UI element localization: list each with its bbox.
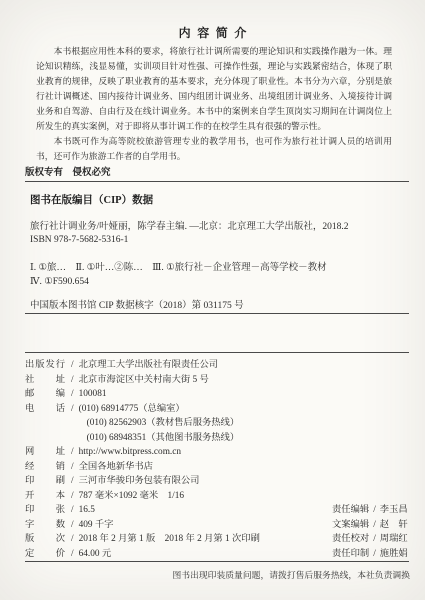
row-label: 邮编 bbox=[25, 387, 65, 402]
separator-slash: / bbox=[71, 534, 74, 544]
publishing-row-printer: 印刷/三河市华骏印务包装有限公司 bbox=[25, 474, 409, 489]
quality-problem-notice: 图书出现印装质量问题，请拨打售后服务热线，本社负责调换 bbox=[172, 568, 410, 581]
row-value: 北京市海淀区中关村南大街 5 号 bbox=[79, 375, 209, 385]
cip-classification-line-2: Ⅳ. ①F590.654 bbox=[30, 276, 407, 287]
staff-credit-copy-editor: 文案编辑/赵 轩 bbox=[332, 518, 408, 533]
copyright-notice: 版权专有 侵权必究 bbox=[25, 164, 111, 178]
staff-role: 文案编辑 bbox=[332, 520, 369, 530]
separator-slash: / bbox=[71, 549, 74, 559]
publishing-row-edition: 版次/2018 年 2 月第 1 版 2018 年 2 月第 1 次印刷 责任校… bbox=[25, 532, 409, 547]
content-summary-title: 内容简介 bbox=[0, 24, 425, 41]
cip-section-title: 图书在版编目（CIP）数据 bbox=[30, 192, 153, 207]
staff-name: 施胜娟 bbox=[380, 549, 408, 559]
row-value: 787 毫米×1092 毫米 1/16 bbox=[79, 491, 184, 501]
publishing-row-publisher: 出版发行/北京理工大学出版社有限责任公司 bbox=[25, 358, 409, 373]
row-value: (010) 82562903（教材售后服务热线） bbox=[87, 418, 240, 428]
staff-role: 责任印制 bbox=[332, 549, 369, 559]
content-summary-paragraph-1: 本书根据应用性本科的要求，将旅行社计调所需要的理论知识和实践操作融为一体。理论知… bbox=[36, 44, 392, 134]
cip-classification-line-1: Ⅰ. ①旅… Ⅱ. ①叶…②陈… Ⅲ. ①旅行社－企业管理－高等学校－教材 bbox=[30, 259, 407, 273]
row-label: 字数 bbox=[25, 518, 65, 533]
book-copyright-page: 内容简介 本书根据应用性本科的要求，将旅行社计调所需要的理论知识和实践操作融为一… bbox=[0, 0, 425, 600]
row-value: 全国各地新华书店 bbox=[79, 462, 153, 472]
row-label: 开本 bbox=[25, 489, 65, 504]
publishing-row-phone-2: /(010) 82562903（教材售后服务热线） bbox=[25, 416, 409, 431]
content-summary-body: 本书根据应用性本科的要求，将旅行社计调所需要的理论知识和实践操作融为一体。理论知… bbox=[36, 44, 392, 164]
separator-slash: / bbox=[71, 375, 74, 385]
row-value: 16.5 bbox=[79, 505, 95, 515]
row-label: 印刷 bbox=[25, 474, 65, 489]
row-value: (010) 68948351（其他图书服务热线） bbox=[87, 433, 240, 443]
publishing-row-postcode: 邮编/100081 bbox=[25, 387, 409, 402]
separator-slash: / bbox=[373, 505, 376, 515]
row-value: (010) 68914775（总编室） bbox=[79, 404, 185, 414]
divider-above-footer bbox=[25, 561, 409, 562]
staff-name: 赵 轩 bbox=[380, 520, 408, 530]
staff-credit-executive-editor: 责任编辑/李玉昌 bbox=[332, 503, 408, 518]
cip-registry-number: 中国版本图书馆 CIP 数据核字（2018）第 031175 号 bbox=[30, 297, 407, 311]
divider-under-cip-section bbox=[25, 313, 409, 314]
separator-slash: / bbox=[71, 505, 74, 515]
row-value: 100081 bbox=[79, 389, 107, 399]
row-value: 409 千字 bbox=[79, 520, 114, 530]
price-value: 64.00 元 bbox=[79, 549, 112, 559]
separator-slash: / bbox=[71, 520, 74, 530]
row-label: 社址 bbox=[25, 373, 65, 388]
staff-credit-proofreader: 责任校对/周瑞红 bbox=[332, 532, 408, 547]
row-label: 版次 bbox=[25, 532, 65, 547]
separator-slash: / bbox=[71, 462, 74, 472]
content-summary-paragraph-2: 本书既可作为高等院校旅游管理专业的教学用书，也可作为旅行社计调人员的培训用书，还… bbox=[36, 134, 392, 164]
publishing-row-phone-3: /(010) 68948351（其他图书服务热线） bbox=[25, 431, 409, 446]
separator-slash: / bbox=[71, 447, 74, 457]
staff-role: 责任编辑 bbox=[332, 505, 369, 515]
row-label: 出版发行 bbox=[25, 358, 65, 373]
staff-name: 周瑞红 bbox=[380, 534, 408, 544]
row-value: 2018 年 2 月第 1 版 2018 年 2 月第 1 次印刷 bbox=[79, 534, 260, 544]
publishing-row-website: 网址/http://www.bitpress.com.cn bbox=[25, 445, 409, 460]
divider-under-copyright-notice bbox=[25, 181, 409, 182]
separator-slash: / bbox=[71, 476, 74, 486]
publishing-row-price: 定价/64.00 元 责任印制/施胜娟 bbox=[25, 547, 409, 562]
publishing-row-address: 社址/北京市海淀区中关村南大街 5 号 bbox=[25, 373, 409, 388]
separator-slash: / bbox=[71, 404, 74, 414]
row-label: 经销 bbox=[25, 460, 65, 475]
staff-credit-print-supervisor: 责任印制/施胜娟 bbox=[332, 547, 408, 562]
row-label: 印张 bbox=[25, 503, 65, 518]
publishing-row-sheets: 印张/16.5 责任编辑/李玉昌 bbox=[25, 503, 409, 518]
staff-role: 责任校对 bbox=[332, 534, 369, 544]
row-value: 三河市华骏印务包装有限公司 bbox=[79, 476, 200, 486]
row-label: 网址 bbox=[25, 445, 65, 460]
row-label: 定价 bbox=[25, 547, 65, 562]
publishing-row-format: 开本/787 毫米×1092 毫米 1/16 bbox=[25, 489, 409, 504]
separator-slash: / bbox=[71, 360, 74, 370]
row-value: 北京理工大学出版社有限责任公司 bbox=[79, 360, 218, 370]
cip-book-entry: 旅行社计调业务/叶娅丽，陈学春主编. —北京：北京理工大学出版社，2018.2 bbox=[30, 218, 407, 232]
publishing-row-phone: 电话/(010) 68914775（总编室） bbox=[25, 402, 409, 417]
separator-slash: / bbox=[71, 389, 74, 399]
separator-slash: / bbox=[373, 549, 376, 559]
separator-slash: / bbox=[373, 534, 376, 544]
staff-name: 李玉昌 bbox=[380, 505, 408, 515]
separator-slash: / bbox=[373, 520, 376, 530]
publishing-row-wordcount: 字数/409 千字 文案编辑/赵 轩 bbox=[25, 518, 409, 533]
publishing-info-block: 出版发行/北京理工大学出版社有限责任公司 社址/北京市海淀区中关村南大街 5 号… bbox=[25, 358, 409, 561]
divider-above-publishing-info bbox=[25, 352, 409, 353]
isbn-number: ISBN 978-7-5682-5316-1 bbox=[30, 235, 407, 245]
website-url: http://www.bitpress.com.cn bbox=[79, 447, 181, 457]
publishing-row-distribution: 经销/全国各地新华书店 bbox=[25, 460, 409, 475]
separator-slash: / bbox=[71, 491, 74, 501]
row-label: 电话 bbox=[25, 402, 65, 417]
